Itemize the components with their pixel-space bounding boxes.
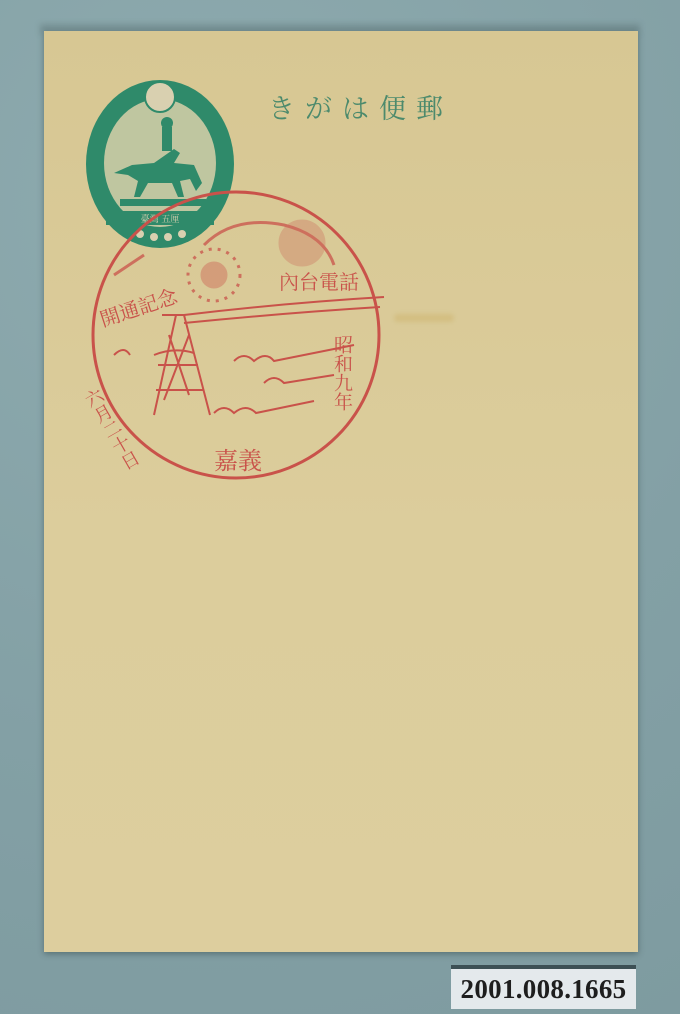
postal-card-title: きがは便郵 [268,87,468,127]
postcard: きがは便郵 臺灣 五厘 [44,31,638,952]
postmark-place: 嘉義 [214,447,262,475]
postmark-title-right: 內台電話 [279,270,359,294]
paper-stain [394,314,454,322]
chrysanthemum-icon [145,82,175,112]
postmark-date-right: 昭和九年 [331,335,353,411]
wave-lines-icon [114,345,354,413]
postmark-date-left: 六月二十日 [84,385,142,474]
postmark-title-left: 開通記念 [97,284,181,332]
catalog-number-label: 2001.008.1665 [451,965,636,1009]
commemorative-postmark: 內台電話 開通記念 嘉義 昭和九年 六月二十日 [84,185,388,485]
